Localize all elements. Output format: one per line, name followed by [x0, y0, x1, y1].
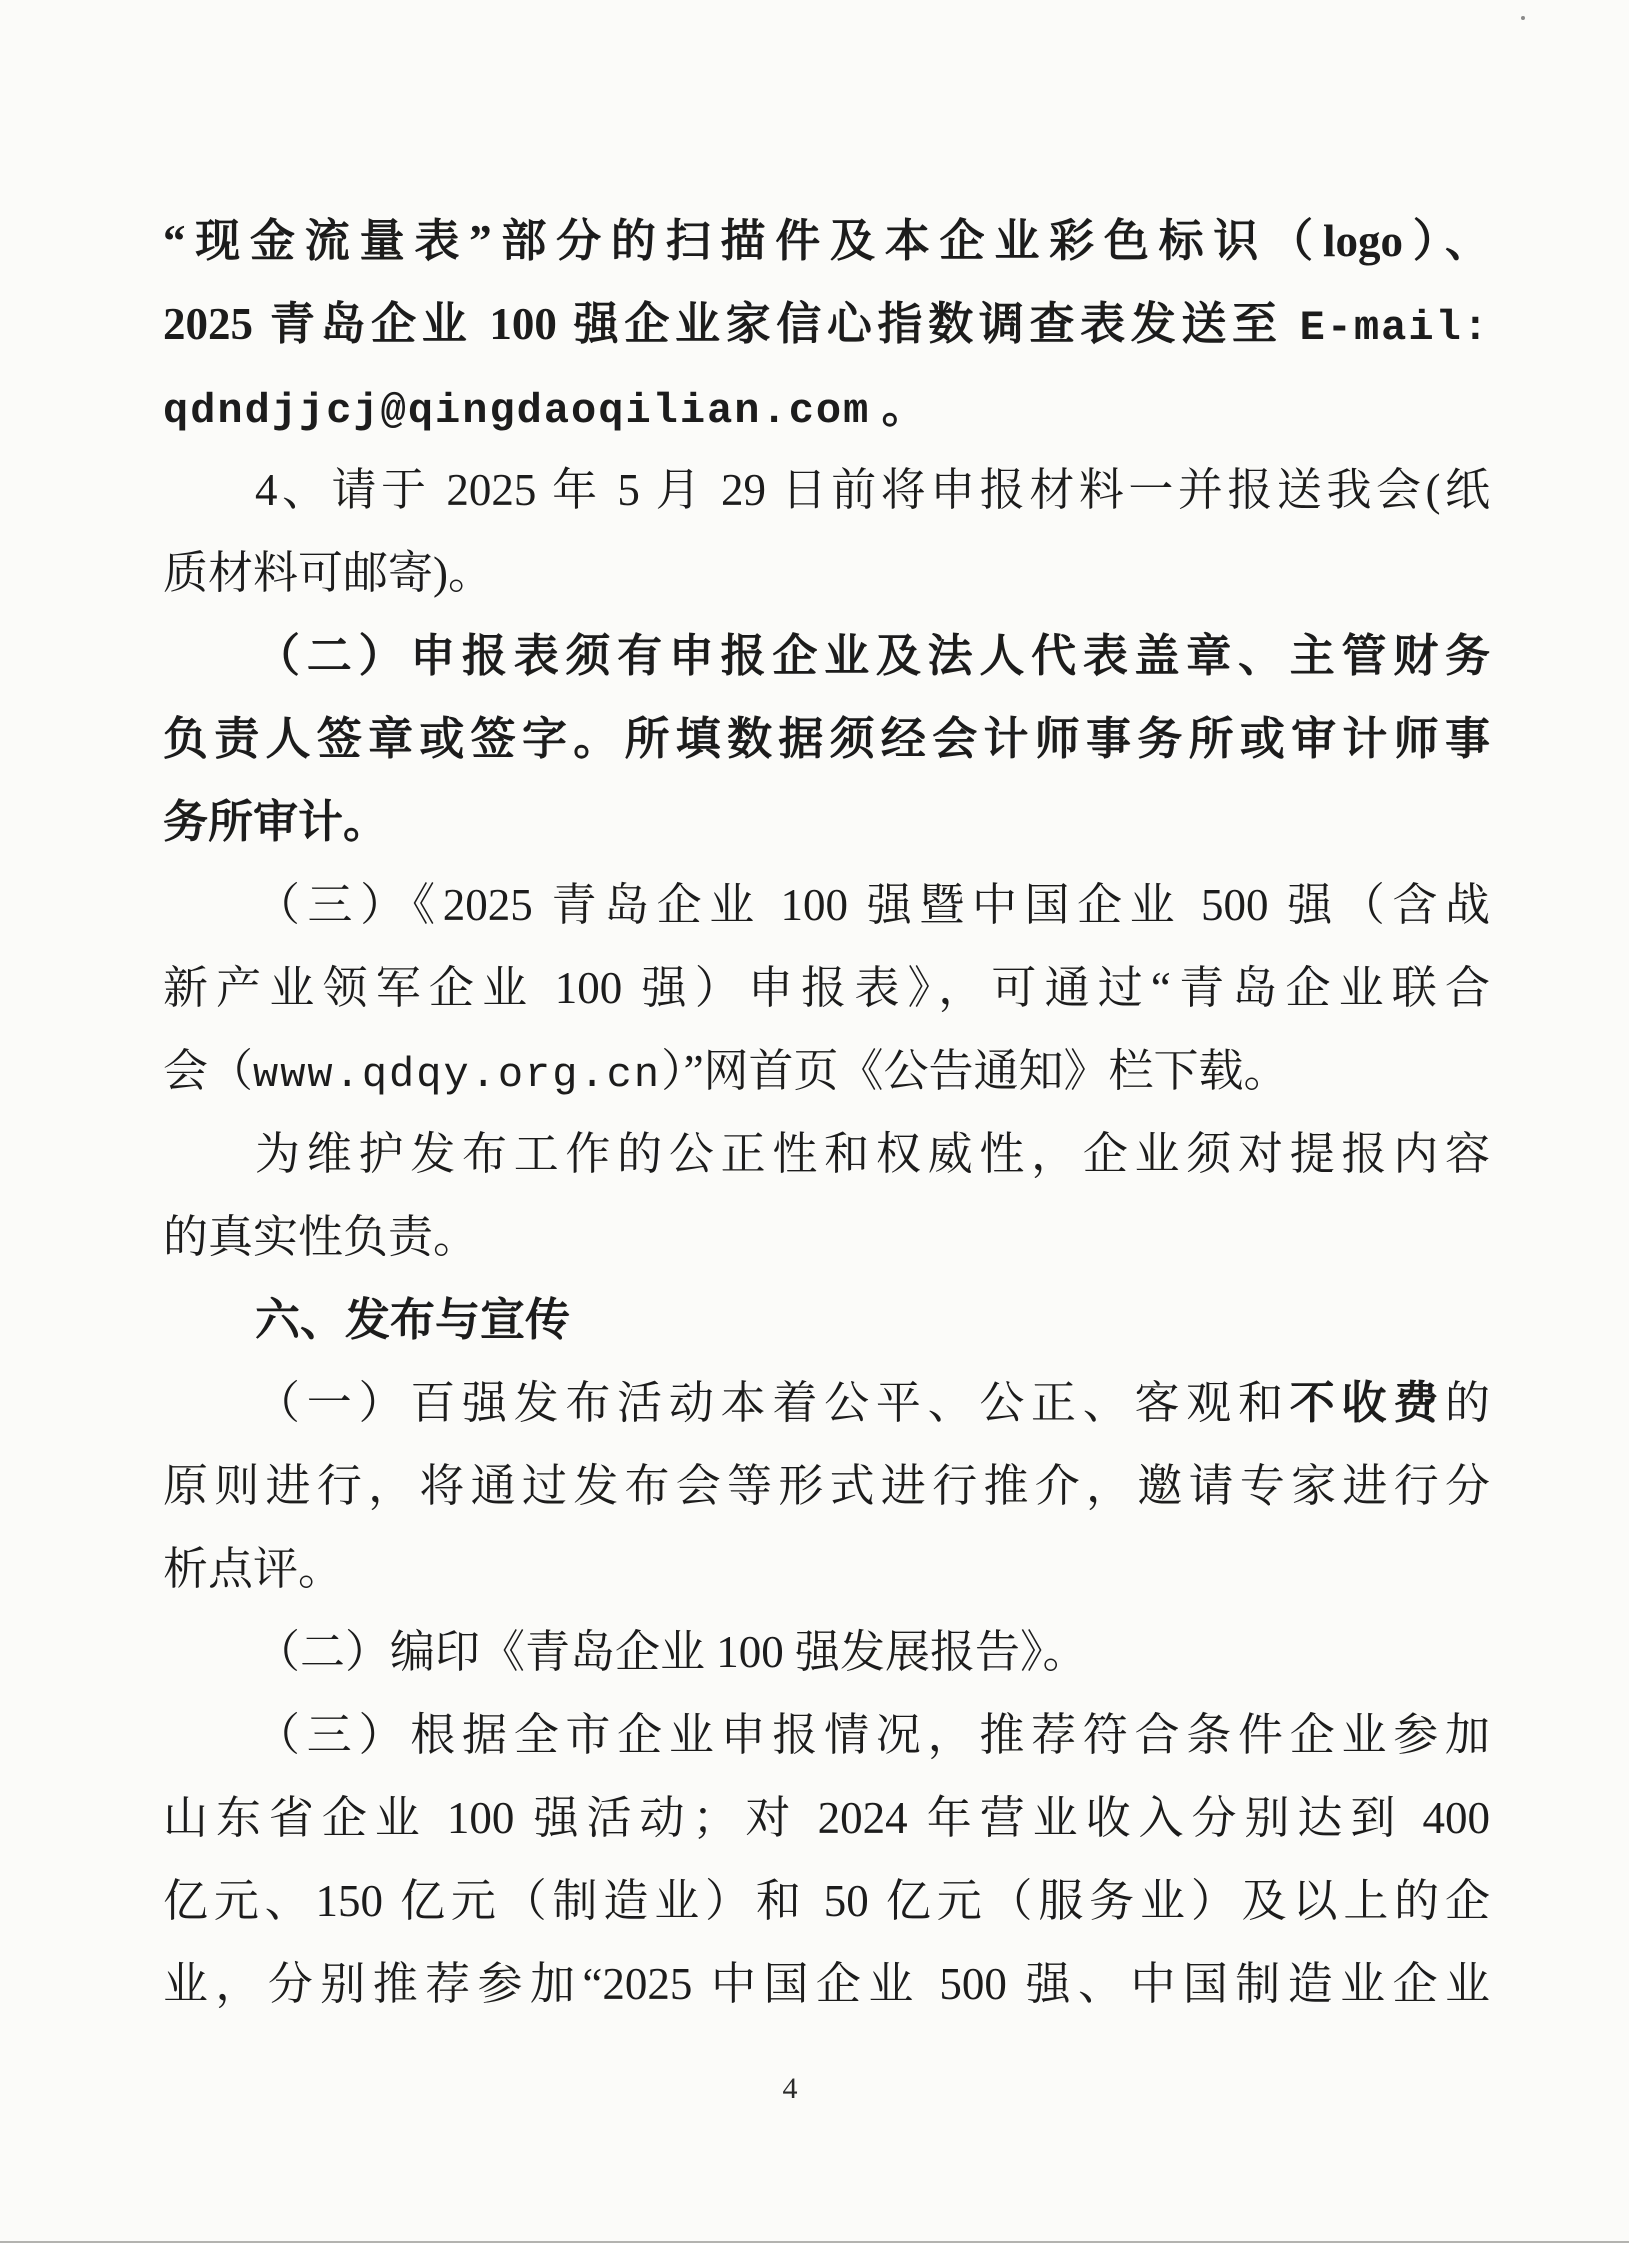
- text-segment: 会（: [163, 1046, 253, 1096]
- text-segment: 析点评。: [163, 1544, 343, 1594]
- text-line: 务所审计。: [163, 781, 1490, 864]
- text-segment: 业，分别推荐参加“2025 中国企业 500 强、中国制造业企业: [163, 1959, 1490, 2009]
- text-segment: 的真实性负责。: [163, 1212, 478, 1262]
- text-block: “现金流量表”部分的扫描件及本企业彩色标识（logo）、2025 青岛企业 10…: [163, 200, 1490, 2026]
- text-segment: 务所审计。: [163, 797, 388, 847]
- text-segment: 负责人签章或签字。所填数据须经会计师事务所或审计师事: [163, 714, 1490, 764]
- text-line: （二）编印《青岛企业 100 强发展报告》。: [163, 1611, 1490, 1694]
- text-line: 亿元、150 亿元（制造业）和 50 亿元（服务业）及以上的企: [163, 1860, 1490, 1943]
- text-segment: （三）根据全市企业申报情况，推荐符合条件企业参加: [255, 1710, 1490, 1760]
- text-segment: “现金流量表”部分的扫描件及本企业彩色标识（logo）、: [163, 216, 1490, 266]
- text-line: （三）《2025 青岛企业 100 强暨中国企业 500 强（含战: [163, 864, 1490, 947]
- inline-latin-text: qdndjjcj@qingdaoqilian.com: [163, 387, 870, 435]
- text-line: （二）申报表须有申报企业及法人代表盖章、主管财务: [163, 615, 1490, 698]
- text-line: 会（www.qdqy.org.cn）”网首页《公告通知》栏下载。: [163, 1030, 1490, 1113]
- scan-artifact-dot: [1521, 16, 1525, 20]
- text-line: 业，分别推荐参加“2025 中国企业 500 强、中国制造业企业: [163, 1943, 1490, 2026]
- inline-latin-text: www.qdqy.org.cn: [253, 1051, 661, 1099]
- text-line: qdndjjcj@qingdaoqilian.com 。: [163, 366, 1490, 449]
- document-page: “现金流量表”部分的扫描件及本企业彩色标识（logo）、2025 青岛企业 10…: [0, 0, 1629, 2243]
- text-segment: 亿元、150 亿元（制造业）和 50 亿元（服务业）及以上的企: [163, 1876, 1490, 1926]
- text-segment: 2025 青岛企业 100 强企业家信心指数调查表发送至: [163, 299, 1300, 349]
- text-line: 析点评。: [163, 1528, 1490, 1611]
- text-segment: 为维护发布工作的公正性和权威性，企业须对提报内容: [255, 1129, 1490, 1179]
- text-line: （一）百强发布活动本着公平、公正、客观和不收费的: [163, 1362, 1490, 1445]
- text-line: 原则进行，将通过发布会等形式进行推介，邀请专家进行分: [163, 1445, 1490, 1528]
- text-line: （三）根据全市企业申报情况，推荐符合条件企业参加: [163, 1694, 1490, 1777]
- text-segment: 六、发布与宣传: [255, 1295, 570, 1345]
- text-line: “现金流量表”部分的扫描件及本企业彩色标识（logo）、: [163, 200, 1490, 283]
- text-line: 的真实性负责。: [163, 1196, 1490, 1279]
- text-line: 六、发布与宣传: [163, 1279, 1490, 1362]
- text-segment: 质材料可邮寄)。: [163, 548, 493, 598]
- text-segment: 不收费: [1290, 1378, 1445, 1428]
- text-segment: （二）申报表须有申报企业及法人代表盖章、主管财务: [255, 631, 1490, 681]
- text-line: 新产业领军企业 100 强）申报表》，可通过“青岛企业联合: [163, 947, 1490, 1030]
- text-line: 为维护发布工作的公正性和权威性，企业须对提报内容: [163, 1113, 1490, 1196]
- text-segment: 新产业领军企业 100 强）申报表》，可通过“青岛企业联合: [163, 963, 1490, 1013]
- text-segment: 4、请于 2025 年 5 月 29 日前将申报材料一并报送我会(纸: [255, 465, 1490, 515]
- text-line: 山东省企业 100 强活动；对 2024 年营业收入分别达到 400: [163, 1777, 1490, 1860]
- text-segment: ）”网首页《公告通知》栏下载。: [661, 1046, 1288, 1096]
- text-segment: 的: [1445, 1378, 1490, 1428]
- text-line: 质材料可邮寄)。: [163, 532, 1490, 615]
- page-number: 4: [0, 2072, 1580, 2106]
- text-segment: 山东省企业 100 强活动；对 2024 年营业收入分别达到 400: [163, 1793, 1490, 1843]
- text-line: 4、请于 2025 年 5 月 29 日前将申报材料一并报送我会(纸: [163, 449, 1490, 532]
- text-segment: 。: [870, 382, 926, 432]
- text-segment: 原则进行，将通过发布会等形式进行推介，邀请专家进行分: [163, 1461, 1490, 1511]
- text-line: 2025 青岛企业 100 强企业家信心指数调查表发送至 E-mail:: [163, 283, 1490, 366]
- text-segment: （一）百强发布活动本着公平、公正、客观和: [255, 1378, 1290, 1428]
- inline-latin-text: E-mail:: [1300, 304, 1490, 352]
- text-segment: （三）《2025 青岛企业 100 强暨中国企业 500 强（含战: [255, 880, 1490, 930]
- text-line: 负责人签章或签字。所填数据须经会计师事务所或审计师事: [163, 698, 1490, 781]
- text-segment: （二）编印《青岛企业 100 强发展报告》。: [255, 1627, 1088, 1677]
